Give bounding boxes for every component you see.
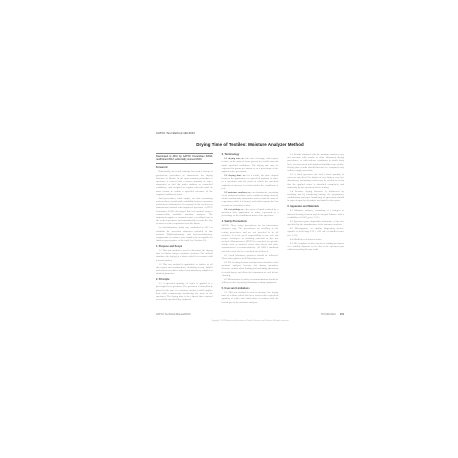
page-title: Drying Time of Textiles: Moisture Analyz… [156,142,344,147]
footer-manual-label: AATCC Technical Manual/2013 [156,313,191,316]
section-heading: Foreword [156,166,213,169]
body-paragraph: Such procedures, while simple, are time … [156,197,213,226]
body-paragraph: 1.2 This test method is applicable to fa… [156,263,213,276]
footer: AATCC Technical Manual/2013 TM 199-2012 … [156,313,344,316]
body-paragraph: 6.4 Distilled or deionized water. [287,238,344,241]
term-lead: 3.1 drying rate, n.— [224,157,246,160]
term-lead: 3.2 drying time, n.— [224,174,247,177]
revision-history-note: Developed in 2011 by AATCC Committee RA6… [156,153,213,164]
body-paragraph: 2.1 A specified quantity of water is app… [156,282,213,301]
body-paragraph: 6.3 Micropipette, or similar dispensing … [287,227,344,237]
term-lead: 3.4 wet pickup, n.— [224,208,246,211]
body-paragraph: 6.2 Specimen pans, disposable aluminum, … [287,220,344,226]
body-paragraph: 1.1 This test method is used to determin… [156,249,213,262]
footer-method-label: TM 199-2012 [321,313,336,316]
copyright-line: Copyright © 2012 American Association of… [156,320,344,322]
section-heading: 1. Purpose and Scope [156,245,213,248]
method-number-header: AATCC Test Method 199-2012 [156,132,344,135]
section-heading: 2. Principle [156,278,213,281]
body-paragraph: An interlaboratory study was conducted i… [156,226,213,242]
section-heading: 3. Terminology [222,153,279,156]
body-paragraph: 5.3 A fixed specimen size and a fixed qu… [287,173,344,189]
body-paragraph: 6.1 Moisture analyzer, consisting of a h… [287,209,344,219]
body-paragraph: 3.2 drying time, n.—of a textile, the ti… [222,174,279,190]
section-heading: 4. Safety Precautions [222,220,279,223]
body-paragraph: 3.4 wet pickup, n.—the mass of liquid re… [222,208,279,218]
body-paragraph: 3.3 moisture analyzer, n.—an instrument,… [222,191,279,207]
section-heading: 5. Uses and Limitations [222,287,279,290]
term-lead: 3.3 moisture analyzer, n.— [224,191,253,194]
footer-page-number: 353 [340,313,344,316]
body-paragraph: 4.1 Good laboratory practices should be … [222,254,279,260]
body-paragraph: 5.4 Because drying behavior is influence… [287,190,344,203]
body-paragraph: 4.3 Manufacturer's safety recommendation… [222,278,279,284]
document-page: AATCC Test Method 199-2012 Drying Time o… [0,0,458,458]
body-paragraph: 5.1 This test method is used to measure … [222,291,279,304]
footer-right: TM 199-2012 353 [321,313,344,316]
text-columns: Developed in 2011 by AATCC Committee RA6… [156,153,344,308]
section-heading: 6. Apparatus and Materials [287,205,344,208]
body-paragraph: Historically, the textile industry has u… [156,170,213,195]
body-paragraph: 4.2 The heating element and specimen cha… [222,261,279,277]
body-paragraph: 6.5 Die, template or other means of cutt… [287,242,344,252]
body-paragraph: 3.1 drying rate, n.—the rate of change, … [222,157,279,173]
body-paragraph: 5.2 Results obtained with the moisture a… [287,153,344,172]
page-content: AATCC Test Method 199-2012 Drying Time o… [156,132,344,308]
note-paragraph: NOTE: These safety precautions are for i… [222,224,279,253]
